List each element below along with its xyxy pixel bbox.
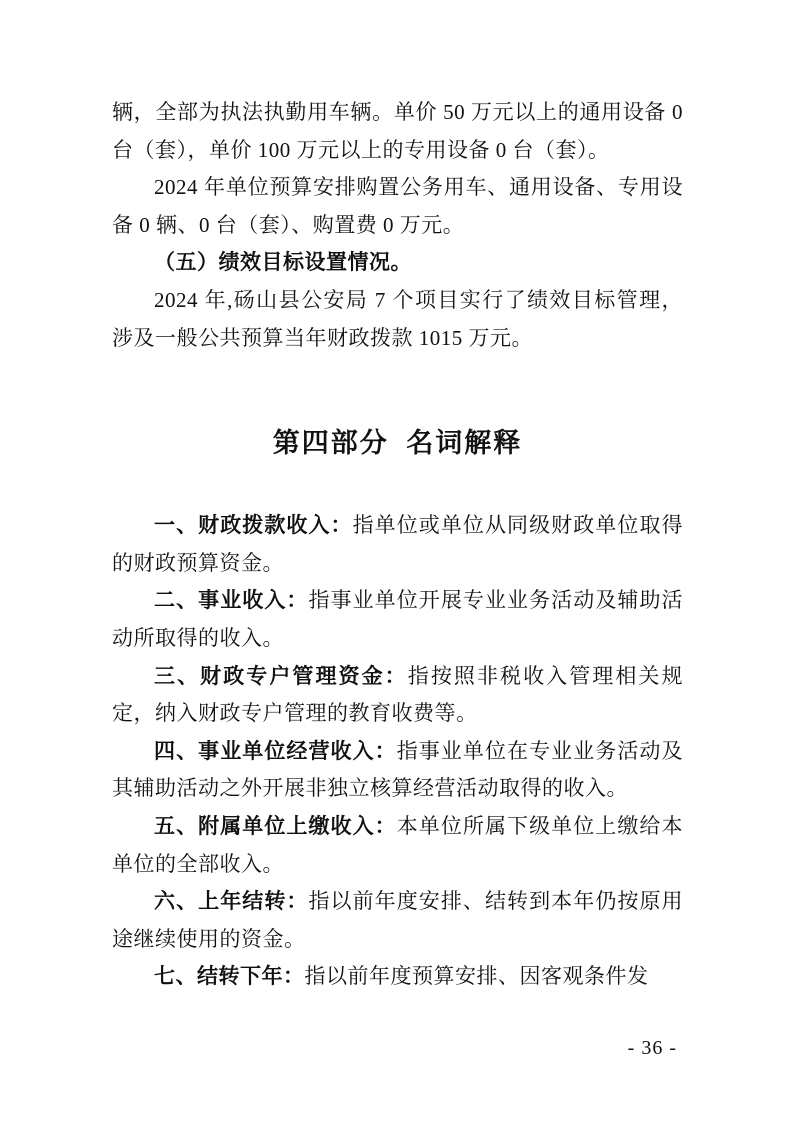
intro-paragraphs: 辆，全部为执法执勤用车辆。单价 50 万元以上的通用设备 0 台（套），单价 1…: [112, 94, 683, 357]
glossary-term: 三、财政专户管理资金：: [154, 665, 408, 688]
paragraph: 辆，全部为执法执勤用车辆。单价 50 万元以上的通用设备 0 台（套），单价 1…: [112, 94, 683, 169]
paragraph: （五）绩效目标设置情况。: [112, 244, 683, 282]
page-number: - 36 -: [628, 1037, 677, 1060]
glossary-entry: 六、上年结转：指以前年度安排、结转到本年仍按原用途继续使用的资金。: [112, 883, 683, 958]
glossary-entry: 五、附属单位上缴收入：本单位所属下级单位上缴给本单位的全部收入。: [112, 808, 683, 883]
glossary-entry: 一、财政拨款收入：指单位或单位从同级财政单位取得的财政预算资金。: [112, 507, 683, 582]
glossary-entry: 二、事业收入：指事业单位开展专业业务活动及辅助活动所取得的收入。: [112, 582, 683, 657]
glossary-term: 一、财政拨款收入：: [154, 514, 353, 537]
glossary-term: 二、事业收入：: [154, 589, 308, 612]
glossary-entry: 七、结转下年：指以前年度预算安排、因客观条件发: [112, 958, 683, 996]
section-heading: 第四部分 名词解释: [112, 427, 683, 459]
glossary: 一、财政拨款收入：指单位或单位从同级财政单位取得的财政预算资金。二、事业收入：指…: [112, 507, 683, 996]
glossary-term: 六、上年结转：: [154, 890, 308, 913]
page-content: 辆，全部为执法执勤用车辆。单价 50 万元以上的通用设备 0 台（套），单价 1…: [112, 94, 683, 996]
glossary-term: 七、结转下年：: [154, 965, 305, 988]
paragraph: 2024 年,砀山县公安局 7 个项目实行了绩效目标管理，涉及一般公共预算当年财…: [112, 282, 683, 357]
paragraph-text: 辆，全部为执法执勤用车辆。单价 50 万元以上的通用设备 0 台（套），单价 1…: [112, 100, 683, 162]
paragraph-text: 2024 年,砀山县公安局 7 个项目实行了绩效目标管理，涉及一般公共预算当年财…: [112, 288, 683, 350]
document-page: 辆，全部为执法执勤用车辆。单价 50 万元以上的通用设备 0 台（套），单价 1…: [0, 0, 793, 1122]
paragraph: 2024 年单位预算安排购置公务用车、通用设备、专用设备 0 辆、0 台（套）、…: [112, 169, 683, 244]
glossary-entry: 三、财政专户管理资金：指按照非税收入管理相关规定，纳入财政专户管理的教育收费等。: [112, 658, 683, 733]
glossary-term: 四、事业单位经营收入：: [154, 740, 397, 763]
glossary-term: 五、附属单位上缴收入：: [154, 815, 397, 838]
glossary-entry: 四、事业单位经营收入：指事业单位在专业业务活动及其辅助活动之外开展非独立核算经营…: [112, 733, 683, 808]
paragraph-text: 2024 年单位预算安排购置公务用车、通用设备、专用设备 0 辆、0 台（套）、…: [112, 175, 683, 237]
paragraph-lead: （五）绩效目标设置情况。: [154, 251, 412, 274]
glossary-definition: 指以前年度预算安排、因客观条件发: [305, 964, 649, 988]
